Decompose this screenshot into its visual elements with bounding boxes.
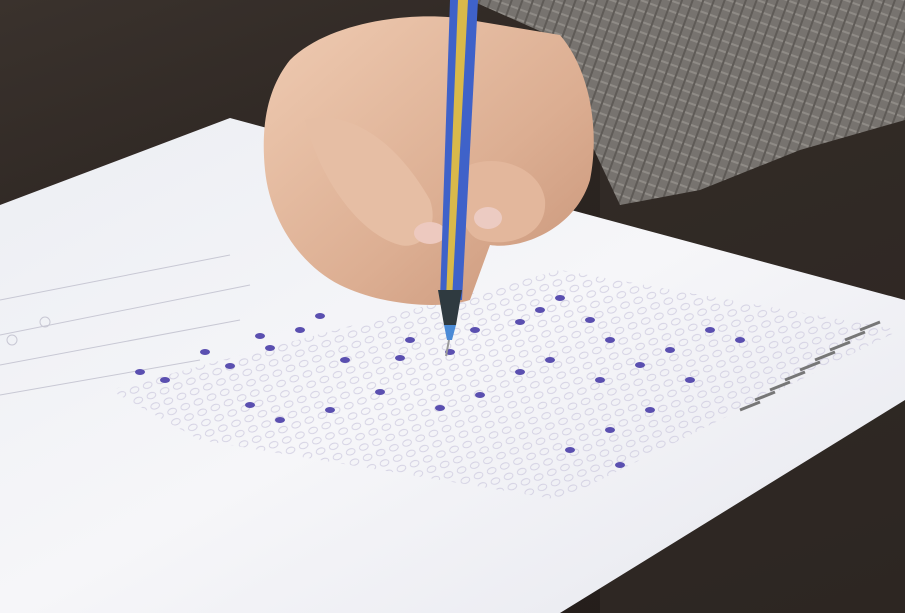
thumbnail (474, 207, 502, 229)
photo-illustration (0, 0, 905, 613)
photo-scene (0, 0, 905, 613)
fingernail (414, 222, 446, 244)
